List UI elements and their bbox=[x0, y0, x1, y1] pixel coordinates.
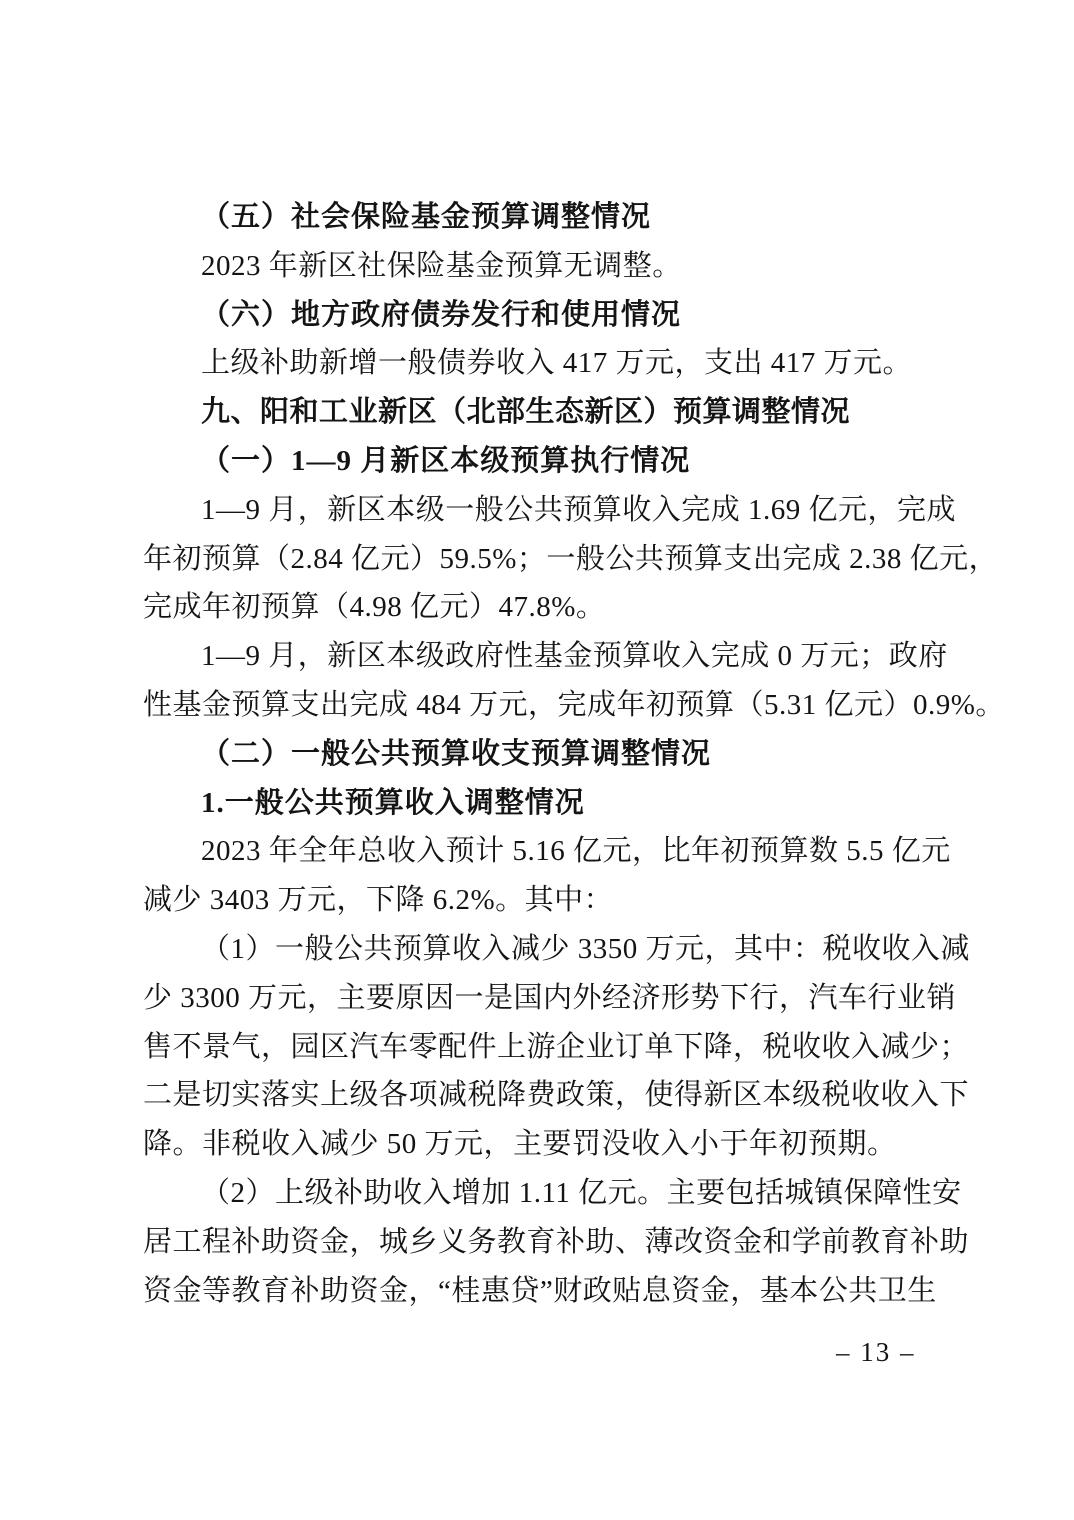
paragraph-budget-execution-line-2: 年初预算（2.84 亿元）59.5%；一般公共预算支出完成 2.38 亿元， bbox=[143, 535, 943, 584]
paragraph-social-insurance: 2023 年新区社保险基金预算无调整。 bbox=[143, 242, 943, 291]
heading-section-six: （六）地方政府债券发行和使用情况 bbox=[143, 291, 943, 340]
paragraph-govfund-execution-line-2: 性基金预算支出完成 484 万元，完成年初预算（5.31 亿元）0.9%。 bbox=[143, 681, 943, 730]
heading-section-five: （五）社会保险基金预算调整情况 bbox=[143, 193, 943, 242]
paragraph-revenue-decrease-line-4: 二是切实落实上级各项减税降费政策，使得新区本级税收收入下 bbox=[143, 1071, 943, 1120]
paragraph-total-revenue-line-2: 减少 3403 万元，下降 6.2%。其中： bbox=[143, 876, 943, 925]
heading-item-revenue-adjustment: 1.一般公共预算收入调整情况 bbox=[143, 779, 943, 828]
paragraph-bond-issuance: 上级补助新增一般债券收入 417 万元，支出 417 万元。 bbox=[143, 339, 943, 388]
paragraph-revenue-decrease-line-1: （1）一般公共预算收入减少 3350 万元，其中：税收收入减 bbox=[143, 925, 943, 974]
heading-subsection-one: （一）1—9 月新区本级预算执行情况 bbox=[143, 437, 943, 486]
paragraph-budget-execution-line-1: 1—9 月，新区本级一般公共预算收入完成 1.69 亿元，完成 bbox=[143, 486, 943, 535]
paragraph-subsidy-increase-line-2: 居工程补助资金，城乡义务教育补助、薄改资金和学前教育补助 bbox=[143, 1218, 943, 1267]
paragraph-subsidy-increase-line-3: 资金等教育补助资金，“桂惠贷”财政贴息资金，基本公共卫生 bbox=[143, 1267, 943, 1316]
heading-chapter-nine: 九、阳和工业新区（北部生态新区）预算调整情况 bbox=[143, 388, 943, 437]
document-page: （五）社会保险基金预算调整情况 2023 年新区社保险基金预算无调整。 （六）地… bbox=[0, 0, 1074, 1520]
paragraph-total-revenue-line-1: 2023 年全年总收入预计 5.16 亿元，比年初预算数 5.5 亿元 bbox=[143, 827, 943, 876]
page-number: – 13 – bbox=[836, 1336, 916, 1368]
heading-subsection-two: （二）一般公共预算收支预算调整情况 bbox=[143, 730, 943, 779]
paragraph-revenue-decrease-line-2: 少 3300 万元，主要原因一是国内外经济形势下行，汽车行业销 bbox=[143, 974, 943, 1023]
paragraph-revenue-decrease-line-3: 售不景气，园区汽车零配件上游企业订单下降，税收收入减少； bbox=[143, 1023, 943, 1072]
paragraph-revenue-decrease-line-5: 降。非税收入减少 50 万元，主要罚没收入小于年初预期。 bbox=[143, 1120, 943, 1169]
paragraph-budget-execution-line-3: 完成年初预算（4.98 亿元）47.8%。 bbox=[143, 583, 943, 632]
paragraph-subsidy-increase-line-1: （2）上级补助收入增加 1.11 亿元。主要包括城镇保障性安 bbox=[143, 1169, 943, 1218]
document-content: （五）社会保险基金预算调整情况 2023 年新区社保险基金预算无调整。 （六）地… bbox=[143, 193, 943, 1315]
paragraph-govfund-execution-line-1: 1—9 月，新区本级政府性基金预算收入完成 0 万元；政府 bbox=[143, 632, 943, 681]
